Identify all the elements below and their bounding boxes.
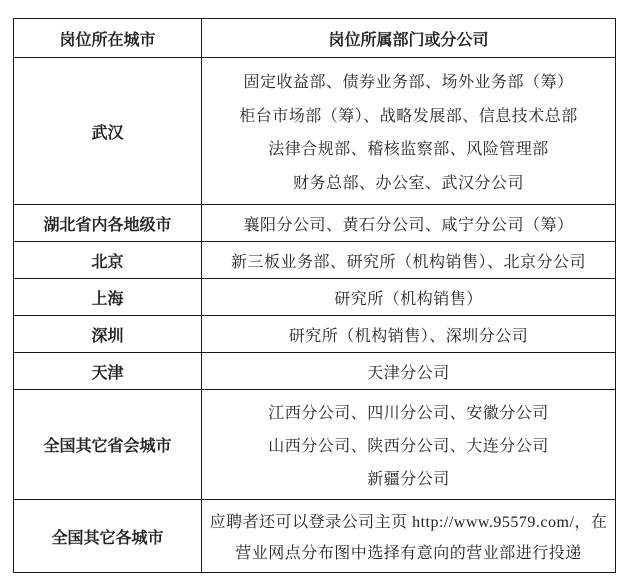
city-cell: 湖北省内各地级市 bbox=[14, 205, 202, 242]
header-city: 岗位所在城市 bbox=[14, 19, 202, 58]
city-cell: 武汉 bbox=[14, 58, 202, 205]
table-row: 全国其它各城市 应聘者还可以登录公司主页 http://www.95579.co… bbox=[14, 500, 616, 573]
table-row: 天津 天津分公司 bbox=[14, 353, 616, 390]
departments-cell: 研究所（机构销售）、深圳分公司 bbox=[202, 316, 616, 353]
table-row: 武汉 固定收益部、债券业务部、场外业务部（筹） 柜台市场部（筹）、战略发展部、信… bbox=[14, 58, 616, 205]
city-cell: 全国其它省会城市 bbox=[14, 390, 202, 500]
departments-cell: 新三板业务部、研究所（机构销售）、北京分公司 bbox=[202, 242, 616, 279]
city-cell: 深圳 bbox=[14, 316, 202, 353]
department-line: 新三板业务部、研究所（机构销售）、北京分公司 bbox=[202, 249, 615, 272]
table-row: 湖北省内各地级市 襄阳分公司、黄石分公司、咸宁分公司（筹） bbox=[14, 205, 616, 242]
city-cell: 全国其它各城市 bbox=[14, 500, 202, 573]
departments-cell: 研究所（机构销售） bbox=[202, 279, 616, 316]
department-line: 固定收益部、债券业务部、场外业务部（筹） bbox=[243, 69, 573, 92]
departments-cell: 应聘者还可以登录公司主页 http://www.95579.com/，在 营业网… bbox=[202, 500, 616, 573]
departments-cell: 襄阳分公司、黄石分公司、咸宁分公司（筹） bbox=[202, 205, 616, 242]
departments-cell: 天津分公司 bbox=[202, 353, 616, 390]
department-line: 研究所（机构销售）、深圳分公司 bbox=[202, 323, 615, 346]
department-line: 天津分公司 bbox=[202, 360, 615, 383]
department-line: 山西分公司、陕西分公司、大连分公司 bbox=[268, 433, 549, 456]
positions-table: 岗位所在城市 岗位所属部门或分公司 武汉 固定收益部、债券业务部、场外业务部（筹… bbox=[13, 18, 616, 573]
department-line: 应聘者还可以登录公司主页 http://www.95579.com/，在 bbox=[210, 509, 608, 532]
department-line: 研究所（机构销售） bbox=[202, 286, 615, 309]
department-line: 柜台市场部（筹）、战略发展部、信息技术总部 bbox=[239, 103, 578, 126]
departments-cell: 固定收益部、债券业务部、场外业务部（筹） 柜台市场部（筹）、战略发展部、信息技术… bbox=[202, 58, 616, 205]
table-row: 上海 研究所（机构销售） bbox=[14, 279, 616, 316]
department-line: 新疆分公司 bbox=[367, 466, 450, 489]
city-cell: 上海 bbox=[14, 279, 202, 316]
table-row: 全国其它省会城市 江西分公司、四川分公司、安徽分公司 山西分公司、陕西分公司、大… bbox=[14, 390, 616, 500]
department-line: 营业网点分布图中选择有意向的营业部进行投递 bbox=[235, 540, 582, 563]
table-row: 北京 新三板业务部、研究所（机构销售）、北京分公司 bbox=[14, 242, 616, 279]
header-row: 岗位所在城市 岗位所属部门或分公司 bbox=[14, 19, 616, 58]
header-department: 岗位所属部门或分公司 bbox=[202, 19, 616, 58]
city-cell: 北京 bbox=[14, 242, 202, 279]
city-cell: 天津 bbox=[14, 353, 202, 390]
department-line: 襄阳分公司、黄石分公司、咸宁分公司（筹） bbox=[202, 212, 615, 235]
department-line: 法律合规部、稽核监察部、风险管理部 bbox=[268, 136, 549, 159]
document-page: 岗位所在城市 岗位所属部门或分公司 武汉 固定收益部、债券业务部、场外业务部（筹… bbox=[0, 0, 627, 586]
department-line: 江西分公司、四川分公司、安徽分公司 bbox=[268, 400, 549, 423]
departments-cell: 江西分公司、四川分公司、安徽分公司 山西分公司、陕西分公司、大连分公司 新疆分公… bbox=[202, 390, 616, 500]
table-row: 深圳 研究所（机构销售）、深圳分公司 bbox=[14, 316, 616, 353]
department-line: 财务总部、办公室、武汉分公司 bbox=[293, 170, 524, 193]
